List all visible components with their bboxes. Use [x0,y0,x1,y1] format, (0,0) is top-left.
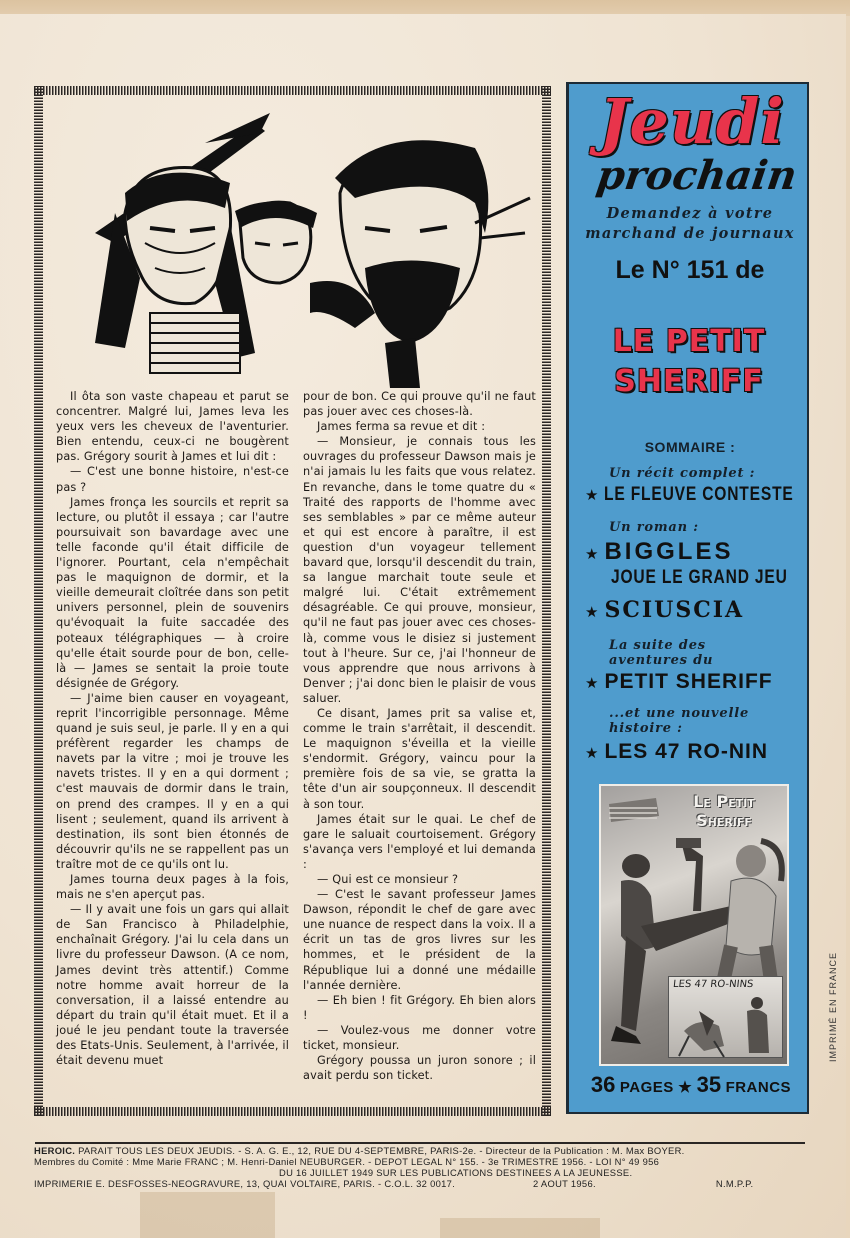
paragraph: — J'aime bien causer en voyageant, repri… [56,691,289,872]
item-title: BIGGLES [604,538,733,566]
magazine-title-line-2: Sheriff [589,362,789,402]
contents-item: ★ PETIT SHERIFF [585,670,773,694]
print-date: 2 AOUT 1956. [533,1178,596,1189]
ask-line-1: Demandez à votre [579,204,801,224]
paragraph: James était sur le quai. Le chef de gare… [303,812,536,872]
paragraph: — Voulez-vous me donner votre ticket, mo… [303,1023,536,1053]
paper-tear [440,1218,600,1238]
paragraph: — Il y avait une fois un gars qui allait… [56,902,289,1068]
paragraph: James fronça les sourcils et reprit sa l… [56,495,289,691]
story-frame: Il ôta son vaste chapeau et parut se con… [34,86,551,1116]
issue-number: Le N° 151 de [579,256,801,285]
star-icon: ★ [585,744,598,762]
price-line: 36 PAGES ★ 35 FRANCS [577,1072,805,1098]
star-icon: ★ [585,545,598,563]
item-kicker: ...et une nouvelle [609,706,749,721]
next-issue-promo: Jeudi prochain Demandez à votre marchand… [566,82,809,1114]
paragraph: — Eh bien ! fit Grégory. Eh bien alors ! [303,993,536,1023]
contents-item: ★ LES 47 RO-NIN [585,740,768,764]
paragraph: — C'est une bonne histoire, n'est-ce pas… [56,464,289,494]
star-icon: ★ [678,1079,692,1096]
promo-subheadline: prochain [594,154,790,198]
contents-item: ★ BIGGLES [585,538,733,566]
imprint-line-2: Membres du Comité : Mme Marie FRANC ; M.… [34,1156,809,1167]
story-column-right: pour de bon. Ce qui prouve qu'il ne faut… [303,389,536,1083]
publication-imprint: HEROIC. PARAIT TOUS LES DEUX JEUDIS. - S… [34,1145,809,1189]
price-currency: FRANCS [726,1079,792,1096]
item-subtitle: JOUE LE GRAND JEU [611,567,788,589]
star-icon: ★ [585,486,598,504]
publisher-name: HEROIC. [34,1145,75,1156]
inset-title: LES 47 RO-NINS [672,979,753,990]
cover-inset: LES 47 RO-NINS [668,976,783,1058]
item-kicker: Un roman : [609,520,699,535]
paragraph: — Monsieur, je connais tous les ouvrages… [303,434,536,706]
item-title: PETIT SHERIFF [604,670,772,694]
paragraph: Ce disant, James prit sa valise et, comm… [303,706,536,812]
price-value: 35 [697,1072,721,1097]
item-kicker: La suite des [609,638,706,653]
story-column-left: Il ôta son vaste chapeau et parut se con… [56,389,289,1083]
contents-item-subtitle: JOUE LE GRAND JEU [611,567,826,589]
story-columns: Il ôta son vaste chapeau et parut se con… [56,389,536,1083]
paper-tear [140,1192,275,1238]
story-illustration [55,103,535,393]
item-kicker: Un récit complet : [609,466,755,481]
cover-title-line-2: Sheriff [669,811,779,830]
paragraph: — Qui est ce monsieur ? [303,872,536,887]
cover-title: Le Petit Sheriff [669,792,779,830]
magazine-title-line-1: Le Petit [589,322,789,362]
paragraph: — C'est le savant professeur James Dawso… [303,887,536,993]
paragraph: Il ôta son vaste chapeau et parut se con… [56,389,289,464]
item-kicker: histoire : [609,721,683,736]
inset-art [669,991,784,1059]
star-icon: ★ [585,674,598,692]
item-title: LES 47 RO-NIN [604,740,768,764]
imprint-divider [35,1142,805,1144]
paragraph: Grégory poussa un juron sonore ; il avai… [303,1053,536,1083]
contents-item: ★ SCIUSCIA [585,597,744,623]
imprint-line-4: IMPRIMERIE E. DESFOSSES-NEOGRAVURE, 13, … [34,1178,809,1189]
contents-heading: SOMMAIRE : [579,439,801,455]
item-kicker: aventures du [609,653,713,668]
item-title: SCIUSCIA [604,597,744,623]
cover-thumbnail: Le Petit Sheriff LES 47 RO-NINS [599,784,789,1066]
magazine-title: Le Petit Sheriff [589,322,789,402]
page-count: 36 [591,1072,615,1097]
printed-in-france: IMPRIMÉ EN FRANCE [828,952,838,1062]
page-count-label: PAGES [620,1079,674,1096]
item-title: LE FLEUVE CONTESTE [604,484,794,506]
paragraph: James tourna deux pages à la fois, mais … [56,872,289,902]
imprint-text: PARAIT TOUS LES DEUX JEUDIS. - S. A. G. … [75,1145,684,1156]
distributor: N.M.P.P. [716,1178,753,1189]
paragraph: James ferma sa revue et dit : [303,419,536,434]
printer-info: IMPRIMERIE E. DESFOSSES-NEOGRAVURE, 13, … [34,1178,455,1189]
contents-item: ★ LE FLEUVE CONTESTE [585,484,836,506]
star-icon: ★ [585,603,598,621]
imprint-line-3: DU 16 JUILLET 1949 SUR LES PUBLICATIONS … [34,1167,809,1178]
paragraph: pour de bon. Ce qui prouve qu'il ne faut… [303,389,536,419]
imprint-line-1: HEROIC. PARAIT TOUS LES DEUX JEUDIS. - S… [34,1145,809,1156]
ask-line-2: marchand de journaux [579,224,801,244]
promo-ask: Demandez à votre marchand de journaux [579,204,801,244]
cover-title-line-1: Le Petit [669,792,779,811]
promo-headline: Jeudi [587,88,797,156]
